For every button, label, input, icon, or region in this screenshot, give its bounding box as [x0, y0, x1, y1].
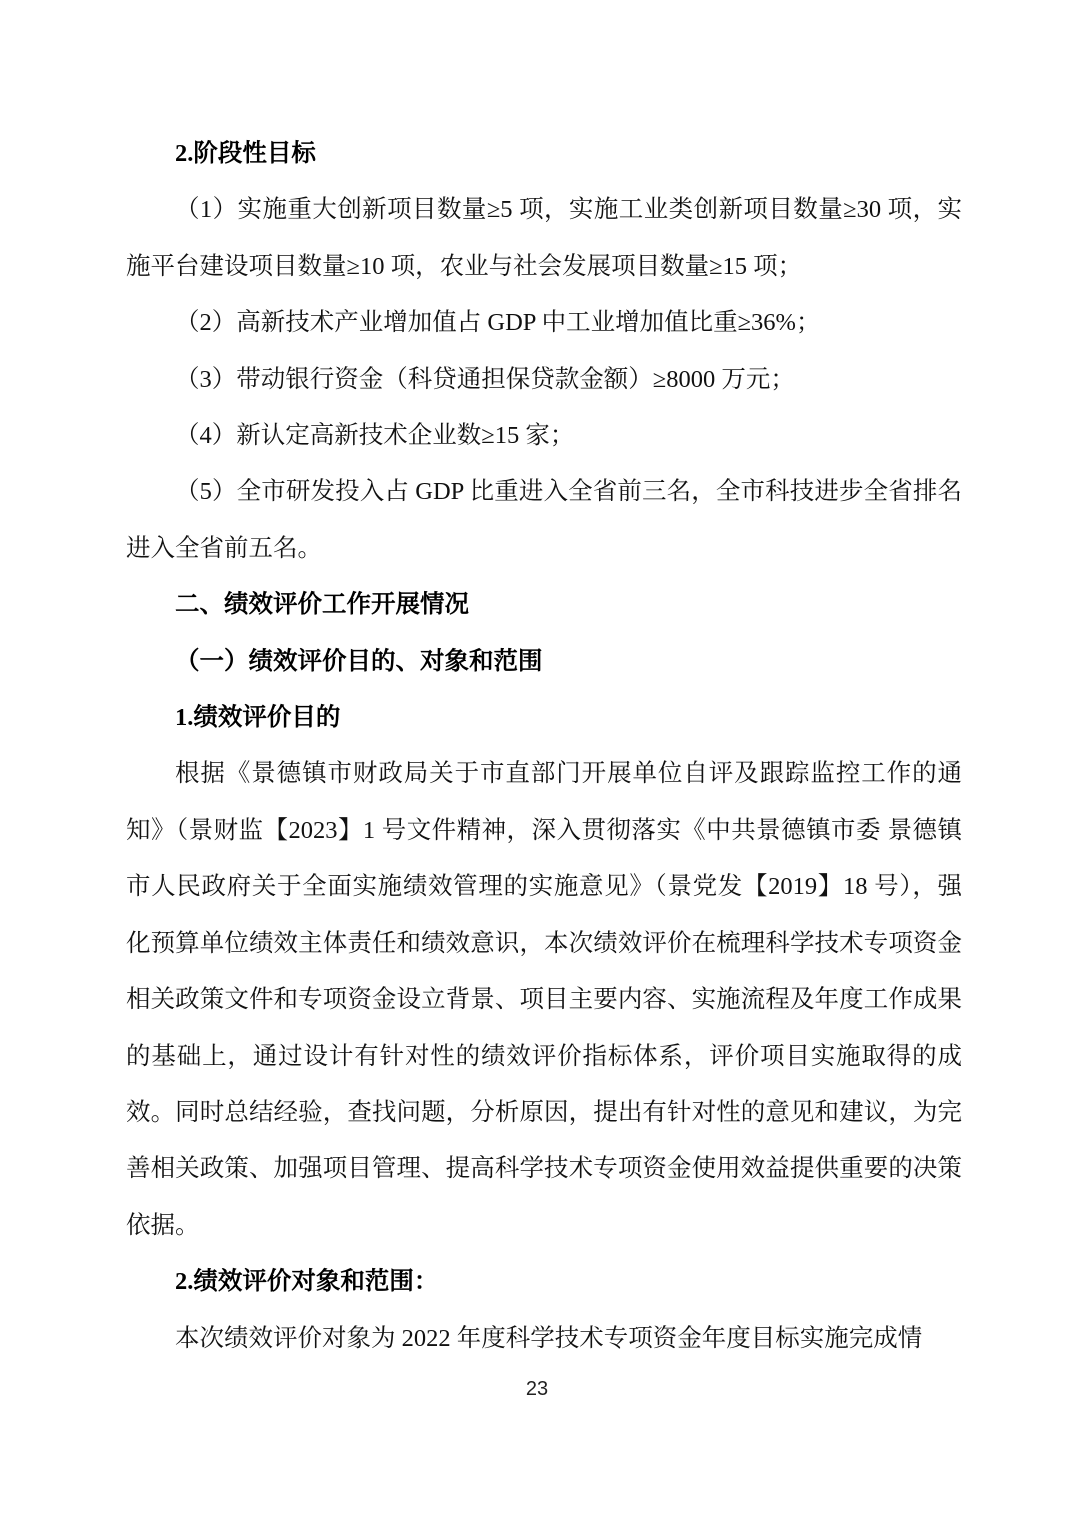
document-heading: 二、绩效评价工作开展情况 — [126, 577, 962, 633]
document-page: 2.阶段性目标（1）实施重大创新项目数量≥5 项，实施工业类创新项目数量≥30 … — [0, 0, 1074, 1520]
document-paragraph: （4）新认定高新技术企业数≥15 家； — [126, 408, 962, 464]
document-paragraph: （3）带动银行资金（科贷通担保贷款金额）≥8000 万元； — [126, 352, 962, 408]
document-heading: 1.绩效评价目的 — [126, 690, 962, 746]
document-paragraph: （1）实施重大创新项目数量≥5 项，实施工业类创新项目数量≥30 项，实施平台建… — [126, 182, 962, 295]
document-paragraph: 根据《景德镇市财政局关于市直部门开展单位自评及跟踪监控工作的通知》（景财监【20… — [126, 746, 962, 1254]
document-paragraph: 本次绩效评价对象为 2022 年度科学技术专项资金年度目标实施完成情 — [126, 1311, 962, 1367]
document-heading: 2.阶段性目标 — [126, 126, 962, 182]
document-heading: 2.绩效评价对象和范围： — [126, 1254, 962, 1310]
document-paragraph: （2）高新技术产业增加值占 GDP 中工业增加值比重≥36%； — [126, 295, 962, 351]
page-number: 23 — [0, 1378, 1074, 1401]
document-paragraph: （5）全市研发投入占 GDP 比重进入全省前三名，全市科技进步全省排名进入全省前… — [126, 464, 962, 577]
document-body: 2.阶段性目标（1）实施重大创新项目数量≥5 项，实施工业类创新项目数量≥30 … — [126, 126, 962, 1367]
document-heading: （一）绩效评价目的、对象和范围 — [126, 634, 962, 690]
